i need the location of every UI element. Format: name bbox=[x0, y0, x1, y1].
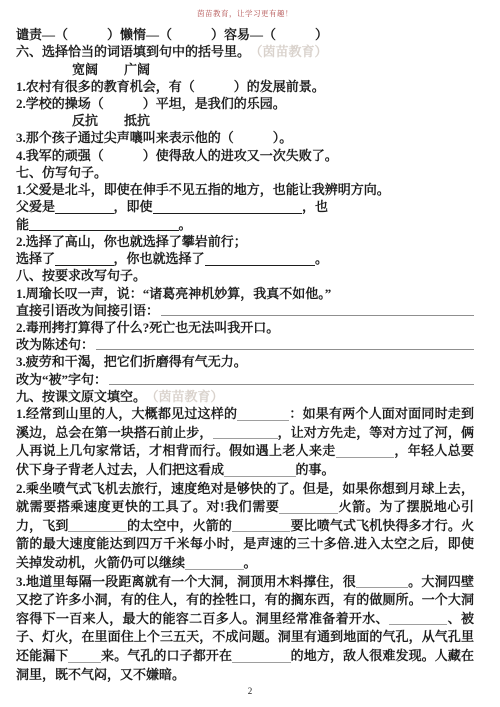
section7-item1-blank-line-2: 能_______________________。 bbox=[16, 216, 474, 233]
section9-heading: 九、按课文原文填空。（茵苗教育） bbox=[16, 388, 474, 405]
section9-watermark: （茵苗教育） bbox=[152, 389, 224, 404]
section7-heading: 七、仿写句子。 bbox=[16, 164, 474, 181]
section6-title: 六、选择恰当的词语填到句中的括号里。 bbox=[16, 44, 250, 59]
fill-in-blank: _________ bbox=[55, 199, 114, 214]
fill-in-blank: _________ bbox=[68, 518, 127, 533]
fill-in-blank: _________ bbox=[336, 443, 395, 458]
section6-item-3: 3.那个孩子通过尖声嚷叫来表示他的（ ）。 bbox=[16, 129, 474, 146]
section9-paragraph-1: 1.经常到山里的人，大概都见过这样的________：如果有两个人面对面同时走到… bbox=[16, 405, 474, 479]
section6-item-2: 2.学校的操场（ ）平坦，是我们的乐园。 bbox=[16, 95, 474, 112]
fill-in-blank: _________ bbox=[185, 555, 244, 570]
section6-word-choices-1: 宽阔 广阔 bbox=[16, 61, 474, 78]
section6-watermark: （茵苗教育） bbox=[256, 44, 328, 59]
section8-item1-answer-row: 直接引语改为间接引语： bbox=[16, 302, 474, 319]
answer-line bbox=[109, 384, 474, 385]
section8-item2-sentence: 2.毒刑拷打算得了什么?死亡也无法叫我开口。 bbox=[16, 319, 474, 336]
section9-paragraph-3: 3.地道里每隔一段距离就有一个大洞，洞顶用木料撑住，很________。大洞四壁… bbox=[16, 573, 474, 685]
section8-item3-sentence: 3.疲劳和干渴，把它们折磨得有气无力。 bbox=[16, 353, 474, 370]
section8-item3-prompt: 改为“被”字句： bbox=[16, 371, 107, 388]
page-number: 2 bbox=[0, 686, 500, 696]
fill-in-blank: _________ bbox=[55, 251, 114, 266]
fill-in-blank: _________ bbox=[232, 648, 291, 663]
section7-item1-blank-line-1: 父爱是_________，即使_______________________，也 bbox=[16, 198, 474, 215]
section6-word-choices-2: 反抗 抵抗 bbox=[16, 112, 474, 129]
fill-in-blank: ___________ bbox=[224, 462, 296, 477]
fill-in-blank: _________ bbox=[279, 499, 338, 514]
section8-item1-prompt: 直接引语改为间接引语： bbox=[16, 302, 159, 319]
section6-item-4: 4.我军的顽强（ ）使得敌人的进攻又一次失败了。 bbox=[16, 147, 474, 164]
section6-item-1: 1.农村有很多的教育机会，有（ ）的发展前景。 bbox=[16, 78, 474, 95]
fill-in-blank: _______________________ bbox=[29, 217, 179, 232]
section8-item2-answer-row: 改为陈述句： bbox=[16, 336, 474, 353]
section8-item3-answer-row: 改为“被”字句： bbox=[16, 371, 474, 388]
section9-title: 九、按课文原文填空。 bbox=[16, 389, 146, 404]
section8-item1-sentence: 1.周瑜长叹一声，说：“诸葛亮神机妙算，我真不如他。” bbox=[16, 285, 474, 302]
fill-in-blank: _________ bbox=[232, 518, 291, 533]
section9-paragraph-2: 2.乘坐喷气式飞机去旅行，速度绝对是够快的了。但是，如果你想到月球上去，就需要搭… bbox=[16, 480, 474, 573]
fill-in-blank: ________ bbox=[237, 406, 289, 421]
brand-header: 茵苗教育，让学习更有趣！ bbox=[16, 8, 474, 19]
section8-item2-prompt: 改为陈述句： bbox=[16, 336, 94, 353]
section6-heading: 六、选择恰当的词语填到句中的括号里。（茵苗教育） bbox=[16, 43, 474, 60]
fill-in-blank: _______________________ bbox=[153, 199, 303, 214]
section7-item1-sentence: 1.父爱是北斗，即使在伸手不见五指的地方，也能让我辨明方向。 bbox=[16, 181, 474, 198]
fill-in-blank: _____ bbox=[68, 648, 101, 663]
fill-in-blank: _________________ bbox=[205, 251, 316, 266]
fill-in-blank: __________ bbox=[213, 425, 278, 440]
section7-item2-blank-line: 选择了_________，你也就选择了_________________。 bbox=[16, 250, 474, 267]
worksheet-page: 茵苗教育，让学习更有趣！ 谴责—（ ）懒惰—（ ）容易—（ ） 六、选择恰当的词… bbox=[0, 0, 500, 707]
antonyms-exercise-line: 谴责—（ ）懒惰—（ ）容易—（ ） bbox=[16, 26, 474, 43]
section8-heading: 八、按要求改写句子。 bbox=[16, 267, 474, 284]
answer-line bbox=[161, 315, 474, 316]
fill-in-blank: _________ bbox=[389, 611, 448, 626]
fill-in-blank: ________ bbox=[356, 574, 408, 589]
answer-line bbox=[96, 349, 474, 350]
section7-item2-sentence: 2.选择了高山，你也就选择了攀岩前行； bbox=[16, 233, 474, 250]
